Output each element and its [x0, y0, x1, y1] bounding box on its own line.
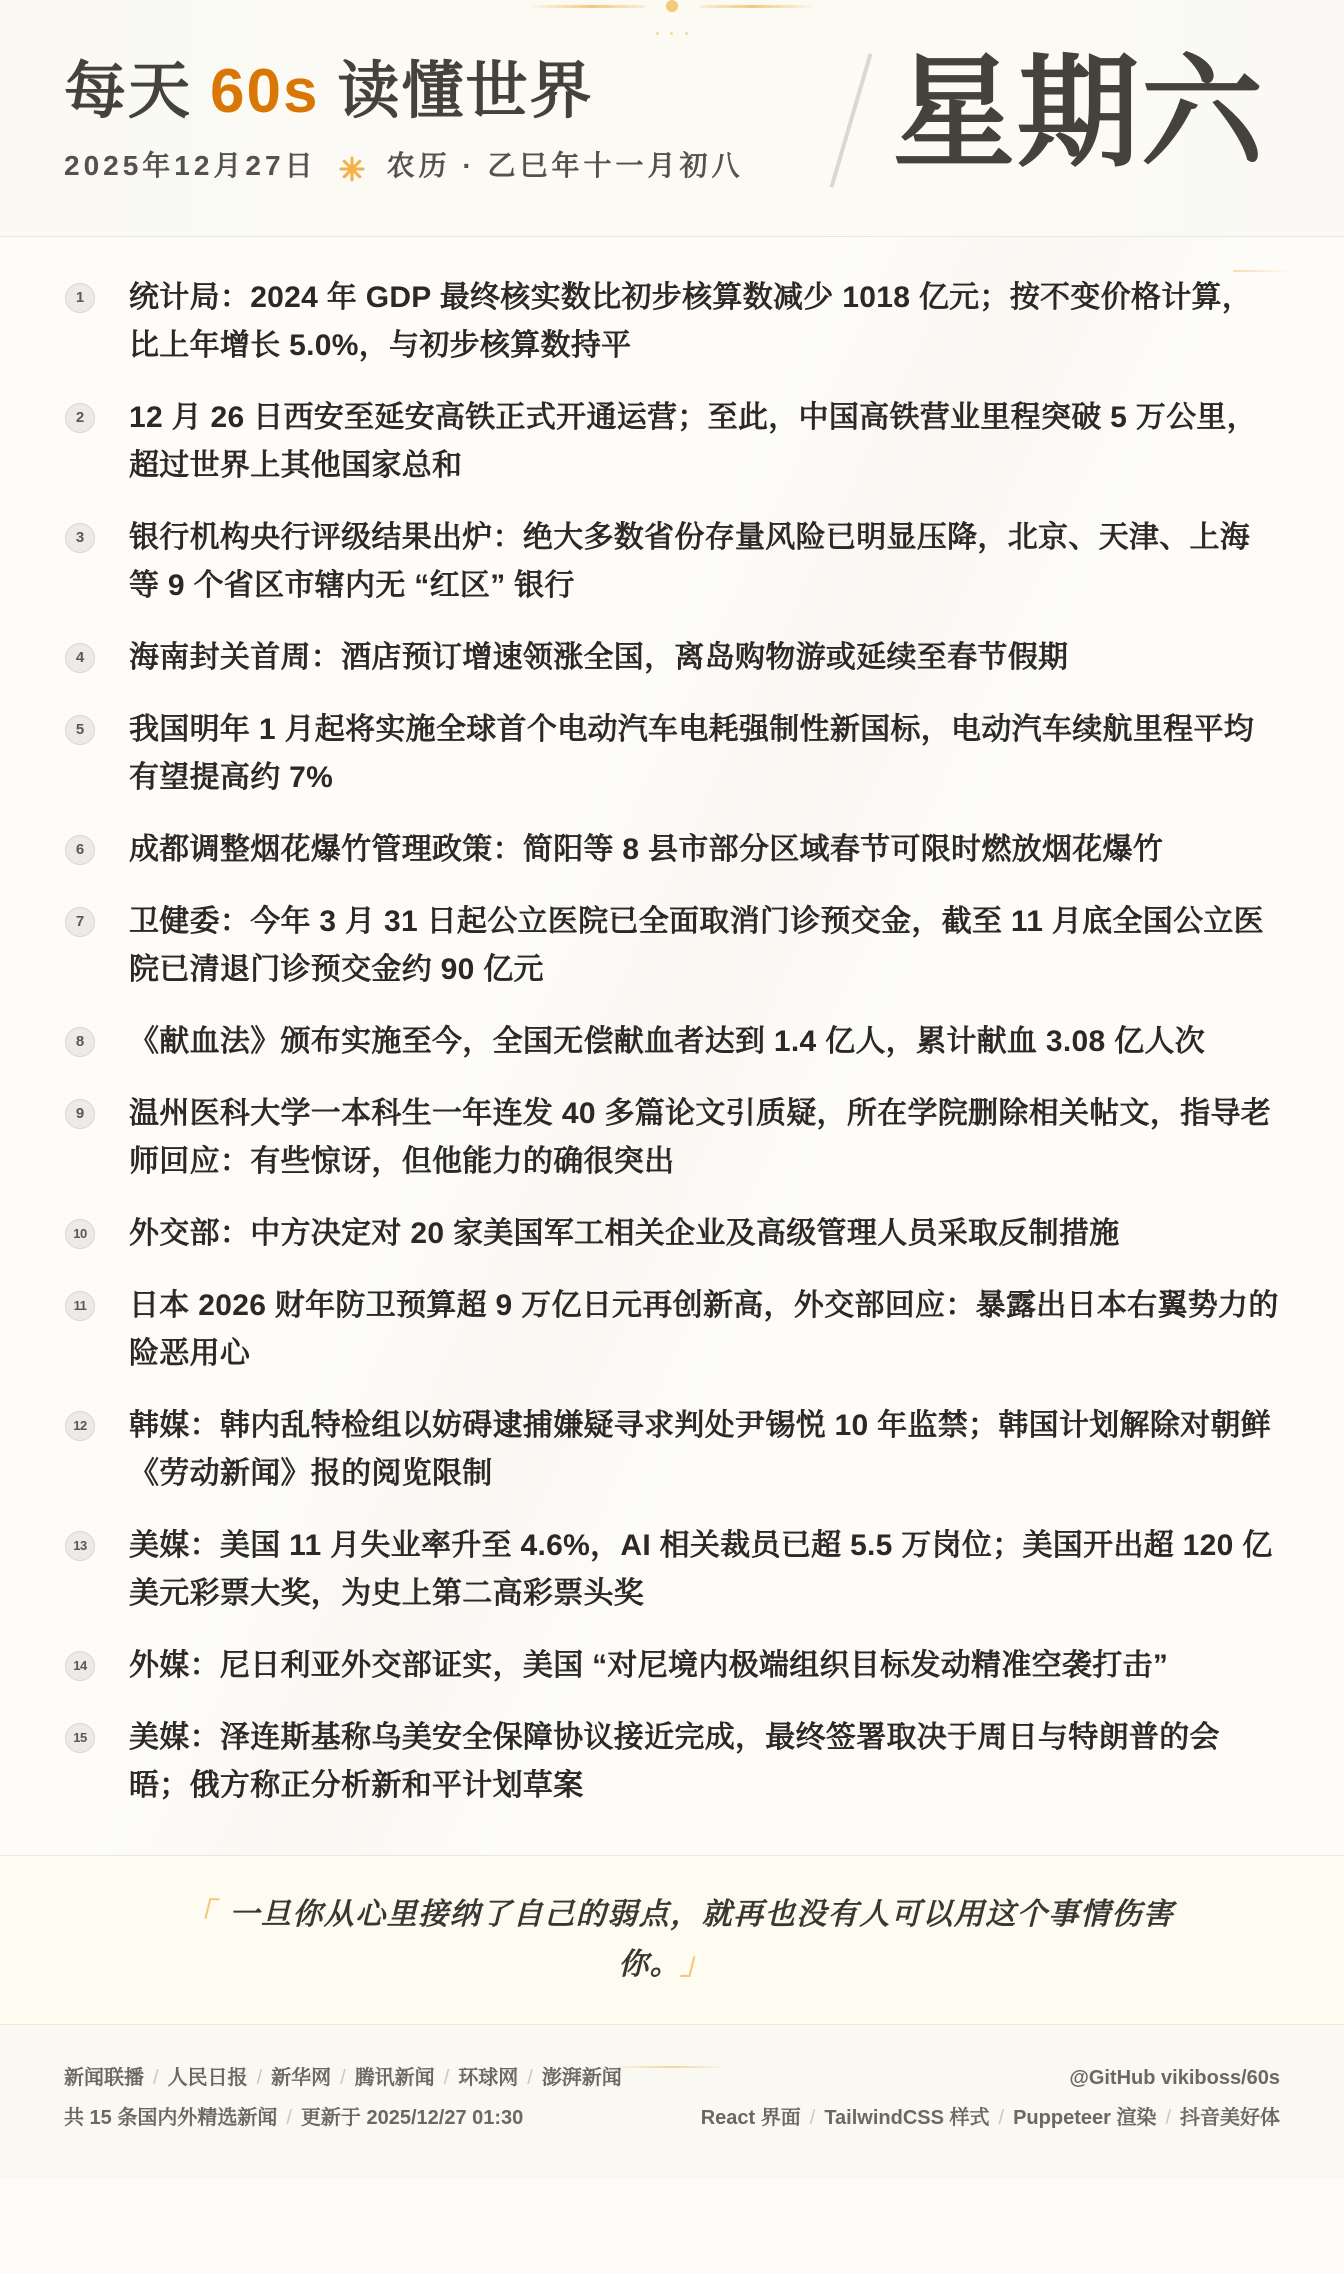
- title-prefix: 每天: [64, 57, 192, 126]
- ornament-line-left: [528, 5, 645, 8]
- news-index-badge: 15: [65, 1723, 95, 1753]
- news-index-badge: 11: [65, 1291, 95, 1321]
- title-highlight: 60s: [210, 57, 319, 126]
- news-item: 15 美媒：泽连斯基称乌美安全保障协议接近完成，最终签署取决于周日与特朗普的会晤…: [64, 1714, 1280, 1810]
- asterisk-icon: [339, 153, 365, 179]
- news-item: 2 12 月 26 日西安至延安高铁正式开通运营；至此，中国高铁营业里程突破 5…: [64, 394, 1280, 490]
- news-item: 6 成都调整烟花爆竹管理政策：简阳等 8 县市部分区域春节可限时燃放烟花爆竹: [64, 826, 1280, 874]
- separator: /: [257, 2067, 263, 2089]
- news-index-badge: 1: [65, 283, 95, 313]
- news-count: 共 15 条国内外精选新闻: [64, 2107, 277, 2129]
- news-text: 温州医科大学一本科生一年连发 40 多篇论文引质疑，所在学院删除相关帖文，指导老…: [129, 1090, 1280, 1186]
- news-summary: 共 15 条国内外精选新闻/更新于 2025/12/27 01:30: [64, 2098, 622, 2138]
- tech-item: React 界面: [701, 2107, 801, 2129]
- daily-quote: 「一旦你从心里接纳了自己的弱点，就再也没有人可以用这个事情伤害你。」: [0, 1855, 1344, 2025]
- news-item: 13 美媒：美国 11 月失业率升至 4.6%，AI 相关裁员已超 5.5 万岗…: [64, 1522, 1280, 1618]
- tech-item: TailwindCSS 样式: [824, 2107, 989, 2129]
- news-text: 银行机构央行评级结果出炉：绝大多数省份存量风险已明显压降，北京、天津、上海等 9…: [129, 514, 1280, 610]
- quote-close-mark-icon: 」: [680, 1948, 712, 1981]
- source-item: 澎湃新闻: [542, 2067, 622, 2089]
- separator: /: [286, 2107, 292, 2129]
- ornament-dot-icon: [666, 0, 678, 12]
- news-index-badge: 5: [65, 715, 95, 745]
- news-text: 美媒：美国 11 月失业率升至 4.6%，AI 相关裁员已超 5.5 万岗位；美…: [129, 1522, 1280, 1618]
- news-index-badge: 4: [65, 643, 95, 673]
- source-item: 人民日报: [168, 2067, 248, 2089]
- separator: /: [1165, 2107, 1171, 2129]
- source-item: 腾讯新闻: [355, 2067, 435, 2089]
- news-section: 1 统计局：2024 年 GDP 最终核实数比初步核算数减少 1018 亿元；按…: [0, 237, 1344, 1855]
- decorative-dotted-line: [1233, 270, 1291, 272]
- github-credit: @GitHub vikiboss/60s: [701, 2058, 1280, 2098]
- tech-stack: React 界面/TailwindCSS 样式/Puppeteer 渲染/抖音美…: [701, 2098, 1280, 2138]
- source-item: 新闻联播: [64, 2067, 144, 2089]
- news-item: 7 卫健委：今年 3 月 31 日起公立医院已全面取消门诊预交金，截至 11 月…: [64, 898, 1280, 994]
- ornament-mini-dot-icon: [656, 32, 659, 35]
- lunar-date: 农历 · 乙巳年十一月初八: [387, 146, 744, 186]
- news-item: 11 日本 2026 财年防卫预算超 9 万亿日元再创新高，外交部回应：暴露出日…: [64, 1282, 1280, 1378]
- news-text: 外交部：中方决定对 20 家美国军工相关企业及高级管理人员采取反制措施: [129, 1210, 1280, 1258]
- separator: /: [527, 2067, 533, 2089]
- tech-item: 抖音美好体: [1180, 2107, 1280, 2129]
- tech-item: Puppeteer 渲染: [1013, 2107, 1156, 2129]
- header-divider-slash: [830, 53, 873, 188]
- date-line: 2025年12月27日 农历 · 乙巳年十一月初八: [64, 146, 743, 186]
- decorative-line: [620, 2066, 727, 2068]
- updated-time: 更新于 2025/12/27 01:30: [301, 2107, 523, 2129]
- separator: /: [340, 2067, 346, 2089]
- news-item: 3 银行机构央行评级结果出炉：绝大多数省份存量风险已明显压降，北京、天津、上海等…: [64, 514, 1280, 610]
- news-index-badge: 9: [65, 1099, 95, 1129]
- news-index-badge: 12: [65, 1411, 95, 1441]
- ornament-line-right: [700, 5, 817, 8]
- news-index-badge: 10: [65, 1219, 95, 1249]
- news-item: 5 我国明年 1 月起将实施全球首个电动汽车电耗强制性新国标，电动汽车续航里程平…: [64, 706, 1280, 802]
- separator: /: [999, 2107, 1005, 2129]
- news-index-badge: 2: [65, 403, 95, 433]
- separator: /: [153, 2067, 159, 2089]
- quote-open-mark-icon: 「: [184, 1898, 216, 1931]
- news-item: 4 海南封关首周：酒店预订增速领涨全国，离岛购物游或延续至春节假期: [64, 634, 1280, 682]
- news-list: 1 统计局：2024 年 GDP 最终核实数比初步核算数减少 1018 亿元；按…: [0, 237, 1344, 1855]
- source-item: 环球网: [458, 2067, 518, 2089]
- footer-left: 新闻联播/人民日报/新华网/腾讯新闻/环球网/澎湃新闻 共 15 条国内外精选新…: [64, 2058, 622, 2178]
- separator: /: [444, 2067, 450, 2089]
- ornament-mini-dot-icon: [670, 32, 673, 35]
- news-text: 海南封关首周：酒店预订增速领涨全国，离岛购物游或延续至春节假期: [129, 634, 1280, 682]
- news-index-badge: 6: [65, 835, 95, 865]
- weekday: 星期六: [893, 48, 1265, 178]
- news-item: 9 温州医科大学一本科生一年连发 40 多篇论文引质疑，所在学院删除相关帖文，指…: [64, 1090, 1280, 1186]
- separator: /: [810, 2107, 816, 2129]
- news-text: 卫健委：今年 3 月 31 日起公立医院已全面取消门诊预交金，截至 11 月底全…: [129, 898, 1280, 994]
- header: 每天60s读懂世界 2025年12月27日 农历 · 乙巳年十一月初八 星期六: [0, 0, 1344, 237]
- news-index-badge: 8: [65, 1027, 95, 1057]
- news-sources: 新闻联播/人民日报/新华网/腾讯新闻/环球网/澎湃新闻: [64, 2058, 622, 2098]
- quote-body: 「一旦你从心里接纳了自己的弱点，就再也没有人可以用这个事情伤害你。」: [167, 1890, 1177, 1990]
- news-item: 12 韩媒：韩内乱特检组以妨碍逮捕嫌疑寻求判处尹锡悦 10 年监禁；韩国计划解除…: [64, 1402, 1280, 1498]
- news-item: 1 统计局：2024 年 GDP 最终核实数比初步核算数减少 1018 亿元；按…: [64, 274, 1280, 370]
- news-text: 日本 2026 财年防卫预算超 9 万亿日元再创新高，外交部回应：暴露出日本右翼…: [129, 1282, 1280, 1378]
- ornament-mini-dot-icon: [685, 32, 688, 35]
- footer: 新闻联播/人民日报/新华网/腾讯新闻/环球网/澎湃新闻 共 15 条国内外精选新…: [0, 2025, 1344, 2178]
- news-text: 外媒：尼日利亚外交部证实，美国 “对尼境内极端组织目标发动精准空袭打击”: [129, 1642, 1280, 1690]
- title-suffix: 读懂世界: [337, 57, 593, 126]
- gregorian-date: 2025年12月27日: [64, 146, 317, 186]
- news-text: 成都调整烟花爆竹管理政策：简阳等 8 县市部分区域春节可限时燃放烟花爆竹: [129, 826, 1280, 874]
- news-text: 《献血法》颁布实施至今，全国无偿献血者达到 1.4 亿人，累计献血 3.08 亿…: [129, 1018, 1280, 1066]
- page-title: 每天60s读懂世界: [64, 54, 593, 130]
- news-index-badge: 7: [65, 907, 95, 937]
- news-text: 统计局：2024 年 GDP 最终核实数比初步核算数减少 1018 亿元；按不变…: [129, 274, 1280, 370]
- news-text: 12 月 26 日西安至延安高铁正式开通运营；至此，中国高铁营业里程突破 5 万…: [129, 394, 1280, 490]
- news-index-badge: 3: [65, 523, 95, 553]
- news-text: 美媒：泽连斯基称乌美安全保障协议接近完成，最终签署取决于周日与特朗普的会晤；俄方…: [129, 1714, 1280, 1810]
- news-item: 14 外媒：尼日利亚外交部证实，美国 “对尼境内极端组织目标发动精准空袭打击”: [64, 1642, 1280, 1690]
- news-text: 韩媒：韩内乱特检组以妨碍逮捕嫌疑寻求判处尹锡悦 10 年监禁；韩国计划解除对朝鲜…: [129, 1402, 1280, 1498]
- news-item: 8 《献血法》颁布实施至今，全国无偿献血者达到 1.4 亿人，累计献血 3.08…: [64, 1018, 1280, 1066]
- news-text: 我国明年 1 月起将实施全球首个电动汽车电耗强制性新国标，电动汽车续航里程平均有…: [129, 706, 1280, 802]
- news-item: 10 外交部：中方决定对 20 家美国军工相关企业及高级管理人员采取反制措施: [64, 1210, 1280, 1258]
- news-index-badge: 13: [65, 1531, 95, 1561]
- news-index-badge: 14: [65, 1651, 95, 1681]
- source-item: 新华网: [271, 2067, 331, 2089]
- footer-right: @GitHub vikiboss/60s React 界面/TailwindCS…: [701, 2058, 1280, 2178]
